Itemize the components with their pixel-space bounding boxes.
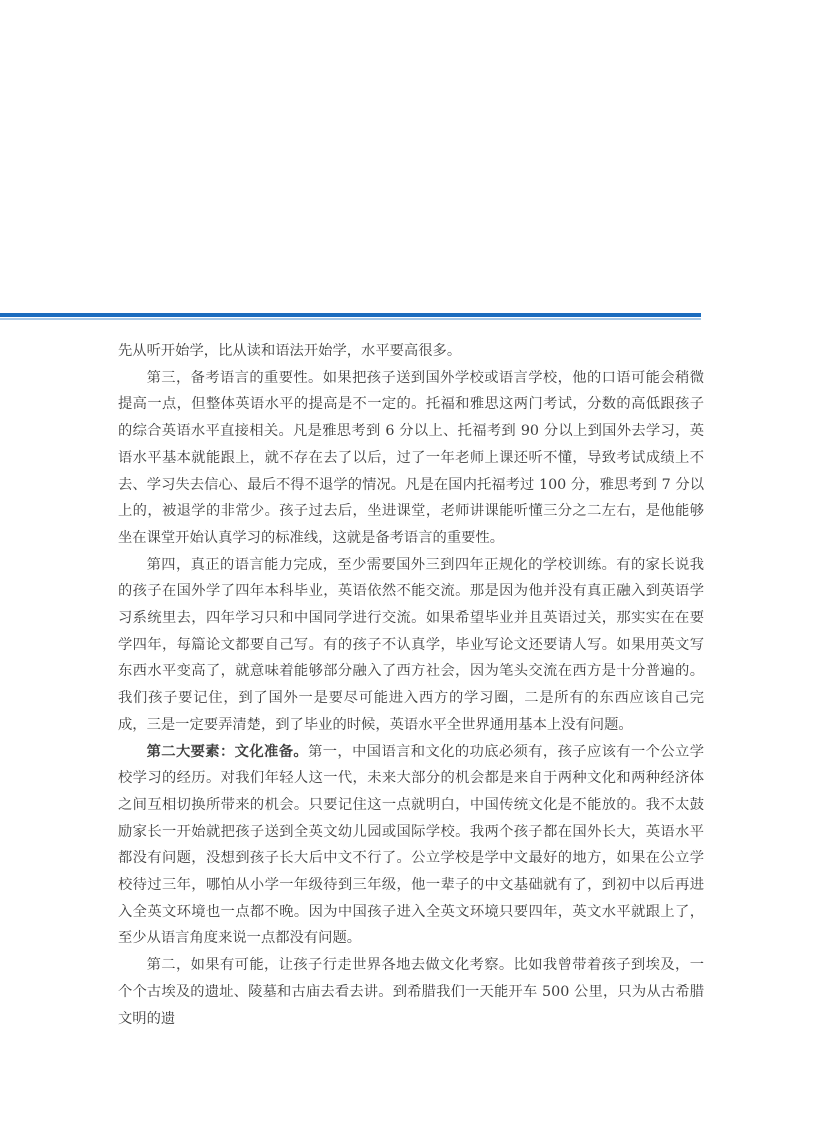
paragraph-third-point: 第三，备考语言的重要性。如果把孩子送到国外学校或语言学校，他的口语可能会稍微提高… bbox=[118, 365, 704, 552]
paragraph-fourth-point: 第四，真正的语言能力完成，至少需要国外三到四年正规化的学校训练。有的家长说我的孩… bbox=[118, 552, 704, 739]
divider-thin-line bbox=[0, 318, 701, 320]
paragraph-continuation: 先从听开始学，比从读和语法开始学，水平要高很多。 bbox=[118, 338, 704, 365]
paragraph-second-major-factor: 第二大要素：文化准备。第一，中国语言和文化的功底必须有，孩子应该有一个公立学校学… bbox=[118, 739, 704, 953]
header-divider bbox=[0, 313, 701, 320]
paragraph-second-point: 第二，如果有可能，让孩子行走世界各地去做文化考察。比如我曾带着孩子到埃及，一个个… bbox=[118, 952, 704, 1032]
paragraph-text: 第一，中国语言和文化的功底必须有，孩子应该有一个公立学校学习的经历。对我们年轻人… bbox=[118, 744, 704, 947]
paragraph-bold-lead: 第二大要素：文化准备。 bbox=[147, 744, 308, 760]
document-page: 先从听开始学，比从读和语法开始学，水平要高很多。 第三，备考语言的重要性。如果把… bbox=[0, 0, 820, 1122]
divider-thick-line bbox=[0, 313, 701, 317]
document-body: 先从听开始学，比从读和语法开始学，水平要高很多。 第三，备考语言的重要性。如果把… bbox=[118, 338, 704, 1032]
